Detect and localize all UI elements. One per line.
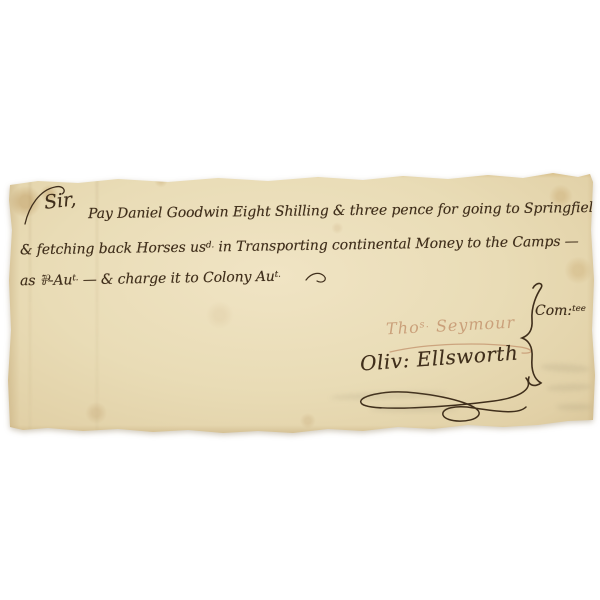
ink-bleedthrough: [546, 383, 592, 392]
committee-superscript: tee: [572, 304, 586, 314]
ink-bleedthrough: [556, 404, 592, 410]
manuscript-paper-shadow: Sir, Pay Daniel Goodwin Eight Shilling &…: [8, 170, 596, 434]
body-line-3-superscript: t.: [72, 273, 78, 283]
committee-label: Com:tee: [535, 303, 586, 319]
body-line-2-text: & fetching back Horses us: [20, 239, 206, 258]
salutation: Sir,: [43, 188, 78, 214]
body-line-3-text: -Au: [49, 272, 73, 288]
signature-seymour: Thos. Seymour: [386, 313, 516, 339]
manuscript-paper: Sir, Pay Daniel Goodwin Eight Shilling &…: [8, 170, 596, 434]
body-line-2-superscript: d.: [206, 240, 214, 250]
line-end-squiggle: [304, 270, 332, 286]
body-line-2: & fetching back Horses usd. in Transport…: [20, 234, 579, 259]
body-line-3-superscript: t.: [275, 269, 281, 279]
per-symbol: ⅌: [40, 273, 49, 289]
committee-text: Com:: [535, 303, 572, 319]
body-line-3-text: as: [20, 273, 40, 289]
body-line-1: Pay Daniel Goodwin Eight Shilling & thre…: [88, 200, 600, 222]
signature-ellsworth: Oliv: Ellsworth: [359, 341, 519, 376]
ellsworth-flourish: [354, 376, 534, 424]
ink-bleedthrough: [370, 406, 458, 412]
signature-seymour-text: Seymour: [429, 313, 515, 336]
signature-seymour-superscript: s.: [419, 319, 430, 331]
photo-background: Sir, Pay Daniel Goodwin Eight Shilling &…: [0, 0, 600, 600]
committee-brace: [508, 280, 546, 388]
signature-seymour-text: Tho: [386, 318, 421, 339]
body-line-3-text: — & charge it to Colony Au: [78, 269, 275, 288]
body-line-2-text: in Transporting continental Money to the…: [214, 234, 579, 256]
body-line-3: as ⅌-Aut. — & charge it to Colony Aut.: [20, 267, 281, 291]
ink-bleedthrough: [540, 363, 590, 374]
